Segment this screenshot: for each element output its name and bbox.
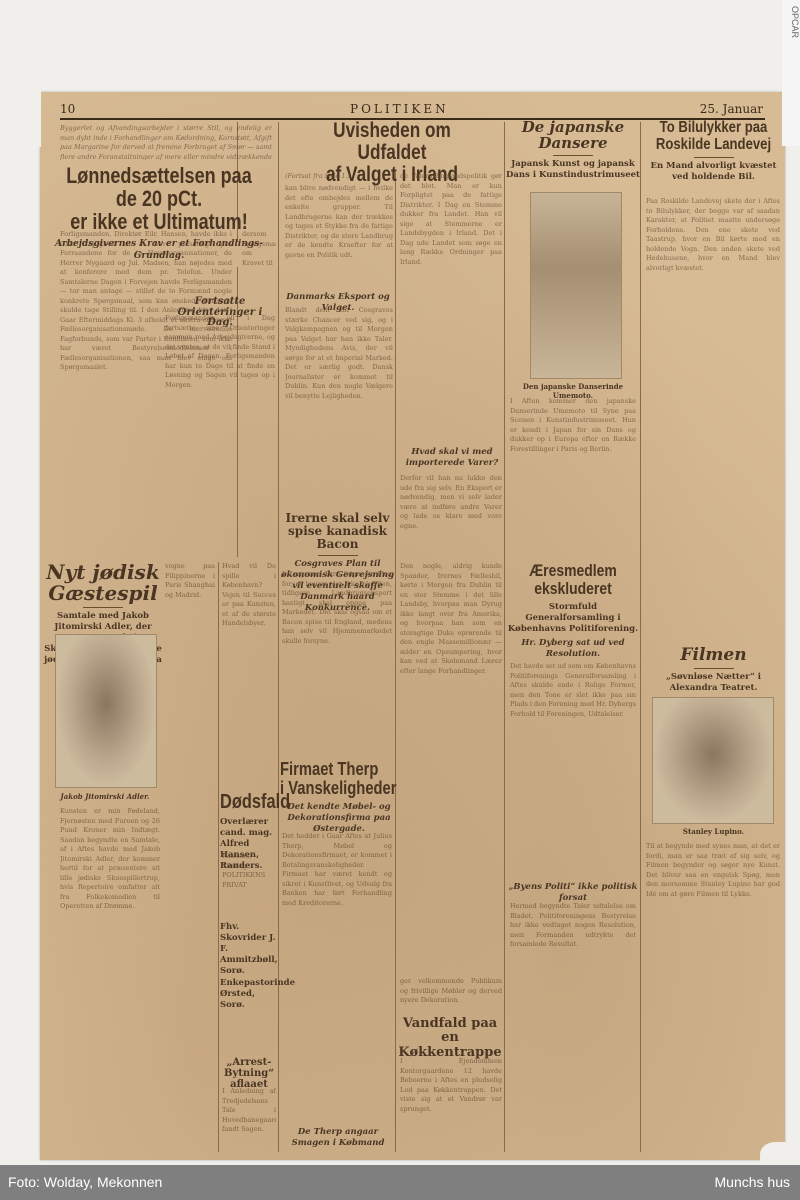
article-bilulykker: To Bilulykker paa Roskilde Landevej En M… (642, 120, 785, 183)
body-text: I Cosgraves Parti følger en Plan for, at… (282, 570, 392, 740)
headline: To Bilulykker paa (655, 120, 772, 137)
article-japanese: De japanske Dansere Japansk Kunst og jap… (506, 120, 640, 181)
headline: Æresmedlem (518, 562, 628, 580)
headline: Nyt jødisk (42, 562, 164, 583)
photo-caption: Jakob Jitomirski Adler. (55, 792, 155, 801)
actor-photo (652, 697, 774, 824)
column-divider (218, 562, 219, 1152)
column-divider (640, 122, 641, 1152)
headline: Filmen (642, 647, 785, 665)
column-divider (278, 122, 279, 1152)
subhead: Stormfuld Generalforsamling i Københavns… (506, 602, 640, 635)
article-arrest: „Arrest-Bytning“ aflaaet (220, 1057, 278, 1090)
article-vandfald: Vandfald paa en Køkkentrappe (396, 1017, 504, 1060)
body-text: Til at begynde med synes man, at det er … (646, 842, 780, 1147)
body-text: Hermed begyndte Taler udtalelse om Blade… (510, 902, 636, 1147)
newspaper-page: 10 POLITIKEN 25. Januar Byggerlet og Afv… (40, 92, 785, 1160)
body-text: I Anledning af Tredjedelsens Tale i Hove… (222, 1087, 276, 1147)
side-label: OPCAR (782, 0, 800, 146)
subhead: „Søvnløse Nætter“ i Alexandra Teatret. (642, 672, 785, 694)
column-divider (504, 122, 505, 1152)
body-text: Det havde set ud som om Københavns Polit… (510, 662, 636, 862)
body-text: I Aften kommer den japanske Danserinde U… (510, 397, 636, 547)
obituary-item: Enkepastorinde Ørsted, Sorø. (220, 978, 278, 1011)
photo-caption: Stanley Lupino. (642, 827, 785, 836)
torn-edge (35, 87, 41, 147)
institution-name: Munchs hus (715, 1174, 790, 1190)
headline: Irerne skal selv spise kanadisk Bacon (280, 512, 395, 552)
article-dodsfald: Dødsfald (220, 792, 278, 813)
headline: Gæstespil (42, 583, 164, 604)
intro-paragraph: Byggerlet og Afvandingsarbejder i større… (60, 124, 272, 160)
headline: Dansere (506, 136, 640, 152)
subhead: Hvad skal vi med importerede Varer? (400, 447, 504, 469)
body-text: de Valera Englandspolitik gør det blot. … (400, 172, 502, 402)
article-therp: Firmaet Therp i Vanskeligheder Det kendt… (280, 760, 504, 835)
subhead: Hr. Dyberg sat ud ved Resolution. (506, 638, 640, 660)
headline: Uvisheden om Udfaldet (300, 120, 484, 164)
body-text: Kunsten er min Fødeland, Fjernøsten med … (60, 807, 160, 1147)
body-text: kan blive nødvendigt — i hvilke det ofte… (285, 184, 393, 292)
torn-edge (760, 1142, 790, 1167)
page-number: 10 (60, 102, 75, 116)
issue-date: 25. Januar (700, 102, 763, 116)
body-text: Hvad vil De spille i København? Vejen ti… (222, 562, 276, 772)
headline: „Arrest-Bytning“ (220, 1057, 278, 1079)
photo-credit-bar: Foto: Wolday, Mekonnen Munchs hus (0, 1165, 800, 1200)
photo-credit: Foto: Wolday, Mekonnen (8, 1174, 162, 1190)
headline: ekskluderet (518, 580, 628, 598)
headline: Firmaet Therp (280, 760, 464, 779)
dateline: Randers, Tirsdag. POLITIKENS PRIVAT (222, 852, 276, 900)
headline: Lønnedsættelsen paa de 20 pCt. (61, 164, 256, 210)
portrait-photo (55, 634, 157, 788)
article-aeresmedlem: Æresmedlem ekskluderet Stormfuld General… (506, 562, 640, 660)
body-text: ger velkommende Publikum og frivillige M… (400, 977, 502, 1005)
dancer-photo (530, 192, 622, 379)
headline: i Vanskeligheder (280, 779, 464, 798)
headline: Roskilde Landevej (655, 137, 772, 154)
subhead: „Byens Politi“ ikke politisk forsat (506, 882, 640, 904)
body-text: Det hedder i Gaar Aftes at Julius Therp,… (282, 832, 392, 1132)
column-divider (395, 172, 396, 1152)
body-text: Forligsmanden vil i Dag fortsætte sine O… (165, 314, 275, 554)
subhead: Japansk Kunst og japansk Dans i Kunstind… (506, 159, 640, 181)
obituary-item: Fhv. Skovrider J. F. Ammitzbøll, Sorø. (220, 922, 278, 977)
masthead: POLITIKEN (350, 102, 449, 116)
subhead: Det kendte Møbel- og Dekorationsfirma pa… (280, 802, 398, 835)
body-text: vogne paa Filippinerne i Paris Shanghai … (165, 562, 215, 772)
subhead: De Therp angaar Smagen i Købmand (282, 1127, 394, 1149)
body-text: I Ejendommen Kontorgaardene 12 havde Beb… (400, 1057, 502, 1147)
headline: Dødsfald (220, 792, 268, 813)
subhead: En Mand alvorligt kvæstet ved holdende B… (642, 161, 785, 183)
headline: Vandfald paa en (396, 1017, 504, 1046)
body-text: Blandt dem har Cosgraves stærke Chancer … (285, 306, 393, 506)
body-text: Derfor vil han nu lukke den ude fra sig … (400, 474, 502, 574)
article-filmen: Filmen „Søvnløse Nætter“ i Alexandra Tea… (642, 647, 785, 694)
body-text: Paa Roskilde Landevej skete der i Aftes … (646, 197, 780, 637)
